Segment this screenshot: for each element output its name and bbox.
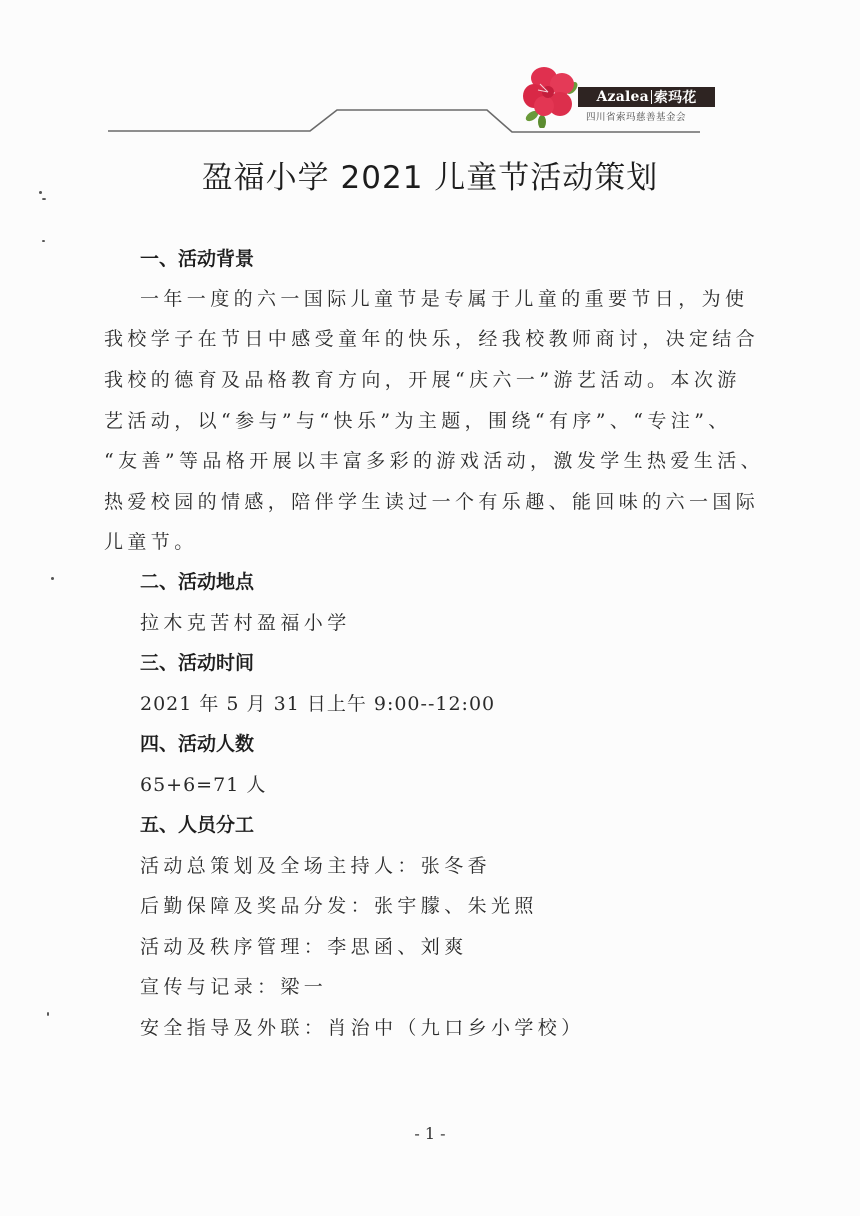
- scan-speck: [42, 240, 45, 242]
- paragraph-line: “友善”等品格开展以丰富多彩的游戏活动，激发学生热爱生活、: [104, 446, 764, 473]
- scan-speck: [47, 1012, 49, 1016]
- foundation-logo: Azalea 索玛花 四川省索玛慈善基金会: [520, 62, 710, 134]
- staff-line: 安全指导及外联：肖治中（九口乡小学校）: [140, 1013, 585, 1040]
- staff-line: 宣传与记录：梁一: [140, 972, 327, 999]
- participants-text: 65+6=71 人: [140, 770, 266, 797]
- azalea-flower-icon: [520, 62, 584, 128]
- scan-speck: [39, 191, 42, 194]
- page-number: - 1 -: [0, 1124, 860, 1143]
- logo-brand-band: Azalea 索玛花: [578, 87, 715, 107]
- staff-line: 活动及秩序管理：李思函、刘爽: [140, 932, 468, 959]
- section-heading-background: 一、活动背景: [140, 244, 254, 271]
- paragraph-line: 儿童节。: [104, 527, 198, 554]
- scan-speck: [42, 198, 46, 200]
- logo-org-name: 四川省索玛慈善基金会: [586, 109, 686, 123]
- document-title: 盈福小学 2021 儿童节活动策划: [0, 152, 860, 197]
- paragraph-line: 艺活动，以“参与”与“快乐”为主题，围绕“有序”、“专注”、: [104, 406, 732, 433]
- staff-line: 后勤保障及奖品分发：张宇朦、朱光照: [140, 891, 538, 918]
- section-heading-time: 三、活动时间: [140, 648, 254, 675]
- section-heading-participants: 四、活动人数: [140, 729, 254, 756]
- staff-line: 活动总策划及全场主持人：张冬香: [140, 851, 491, 878]
- header-divider-line: [0, 0, 860, 160]
- scan-speck: [51, 577, 54, 580]
- time-text: 2021 年 5 月 31 日上午 9:00--12:00: [140, 689, 495, 716]
- paragraph-line: 我校的德育及品格教育方向，开展“庆六一”游艺活动。本次游: [104, 365, 741, 392]
- logo-brand-cn: 索玛花: [654, 87, 697, 107]
- paragraph-line: 我校学子在节日中感受童年的快乐，经我校教师商讨，决定结合: [104, 324, 759, 351]
- paragraph-line: 一年一度的六一国际儿童节是专属于儿童的重要节日，为使: [140, 284, 748, 311]
- logo-separator: [651, 90, 652, 104]
- section-heading-staff: 五、人员分工: [140, 810, 254, 837]
- location-text: 拉木克苦村盈福小学: [140, 608, 351, 635]
- section-heading-location: 二、活动地点: [140, 567, 254, 594]
- document-page: Azalea 索玛花 四川省索玛慈善基金会 盈福小学 2021 儿童节活动策划 …: [0, 0, 860, 1216]
- paragraph-line: 热爱校园的情感，陪伴学生读过一个有乐趣、能回味的六一国际: [104, 487, 759, 514]
- logo-brand-en: Azalea: [597, 89, 649, 105]
